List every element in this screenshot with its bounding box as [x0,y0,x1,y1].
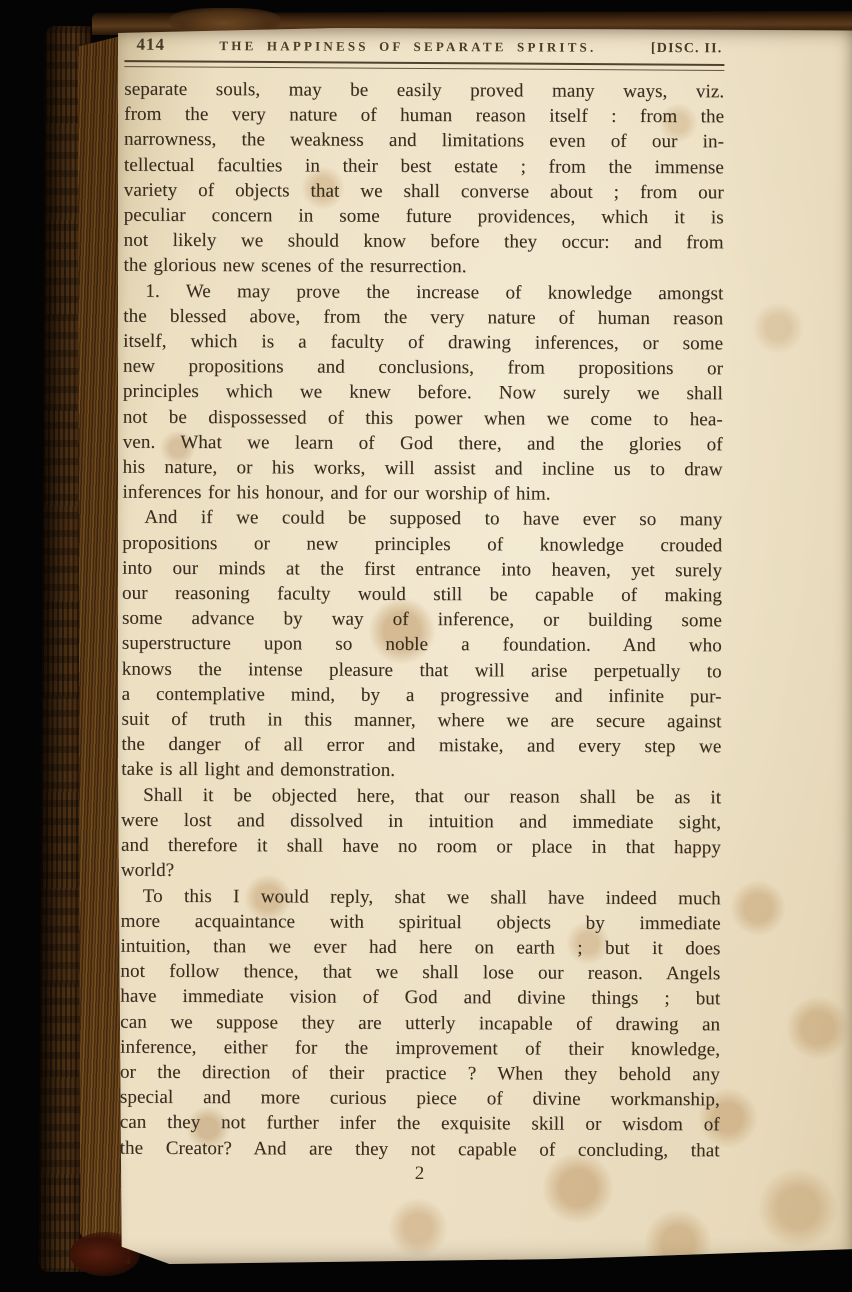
paragraph: And if we could be supposed to have ever… [121,505,722,785]
text-line: not likely we should know before they oc… [124,228,724,256]
text-line: And if we could be supposed to have ever… [122,505,722,533]
header-double-rule [124,60,724,71]
text-line: from the very nature of human reason its… [124,102,724,130]
text-line: not be dispossessed of this power when w… [123,404,723,432]
text-line: separate souls, may be easily proved man… [124,77,724,105]
text-line: new propositions and conclusions, from p… [123,354,723,382]
paragraph: To this I would reply, shat we shall hav… [120,883,721,1163]
running-title: THE HAPPINESS OF SEPARATE SPIRITS. [219,38,596,56]
text-line: propositions or new principles of knowle… [122,530,722,558]
page-header: 414 THE HAPPINESS OF SEPARATE SPIRITS. [… [124,35,724,58]
text-line: and therefore it shall have no room or p… [121,833,721,861]
text-line: the Creator? And are they not capable of… [120,1135,720,1163]
text-line: 1. We may prove the increase of knowledg… [123,278,723,306]
text-line: inferences for his honour, and for our w… [122,480,722,508]
text-line: our reasoning faculty would still be cap… [122,581,722,609]
text-line: variety of objects that we shall convers… [124,178,724,206]
text-line: more acquaintance with spiritual objects… [121,908,721,936]
text-line: the blessed above, from the very nature … [123,304,723,332]
text-line: were lost and dissolved in intuition and… [121,808,721,836]
text-line: the glorious new scenes of the resurrect… [123,253,723,281]
text-line: inference, either for the improvement of… [120,1034,720,1062]
text-line: not follow thence, that we shall lose ou… [120,959,720,987]
text-line: take is all light and demonstration. [121,757,721,785]
text-line: can we suppose they are utterly incapabl… [120,1009,720,1037]
text-line: or the direction of their practice ? Whe… [120,1060,720,1088]
text-line: the danger of all error and mistake, and… [121,732,721,760]
paragraph: 1. We may prove the increase of knowledg… [122,278,723,507]
text-line: knows the intense pleasure that will ari… [122,656,722,684]
text-line: ven. What we learn of God there, and the… [123,430,723,458]
paragraph: Shall it be objected here, that our reas… [121,782,721,885]
paragraph: separate souls, may be easily proved man… [123,77,724,281]
text-line: suit of truth in this manner, where we a… [121,707,721,735]
page-number: 414 [136,35,165,55]
text-line: have immediate vision of God and divine … [120,984,720,1012]
text-line: Shall it be objected here, that our reas… [121,782,721,810]
text-line: superstructure upon so noble a foundatio… [122,631,722,659]
text-line: world? [121,858,721,886]
text-line: tellectual faculties in their best estat… [124,152,724,180]
text-line: can they not further infer the exquisite… [120,1110,720,1138]
page-content: 414 THE HAPPINESS OF SEPARATE SPIRITS. [… [119,35,724,1186]
text-line: into our minds at the first entrance int… [122,556,722,584]
text-line: intuition, than we ever had here on eart… [120,934,720,962]
text-line: his nature, or his works, will assist an… [123,455,723,483]
section-label: [DISC. II. [651,41,723,57]
text-line: a contemplative mind, by a progressive a… [122,682,722,710]
signature-mark: 2 [119,1161,719,1186]
text-line: principles which we knew before. Now sur… [123,379,723,407]
text-line: special and more curious piece of divine… [120,1085,720,1113]
text-line: some advance by way of inference, or bui… [122,606,722,634]
text-line: To this I would reply, shat we shall hav… [121,883,721,911]
scanned-book-photo: 414 THE HAPPINESS OF SEPARATE SPIRITS. [… [0,0,852,1292]
text-line: narrowness, the weakness and limitations… [124,127,724,155]
text-line: itself, which is a faculty of drawing in… [123,329,723,357]
body-text: separate souls, may be easily proved man… [120,77,725,1163]
text-line: peculiar concern in some future providen… [124,203,724,231]
